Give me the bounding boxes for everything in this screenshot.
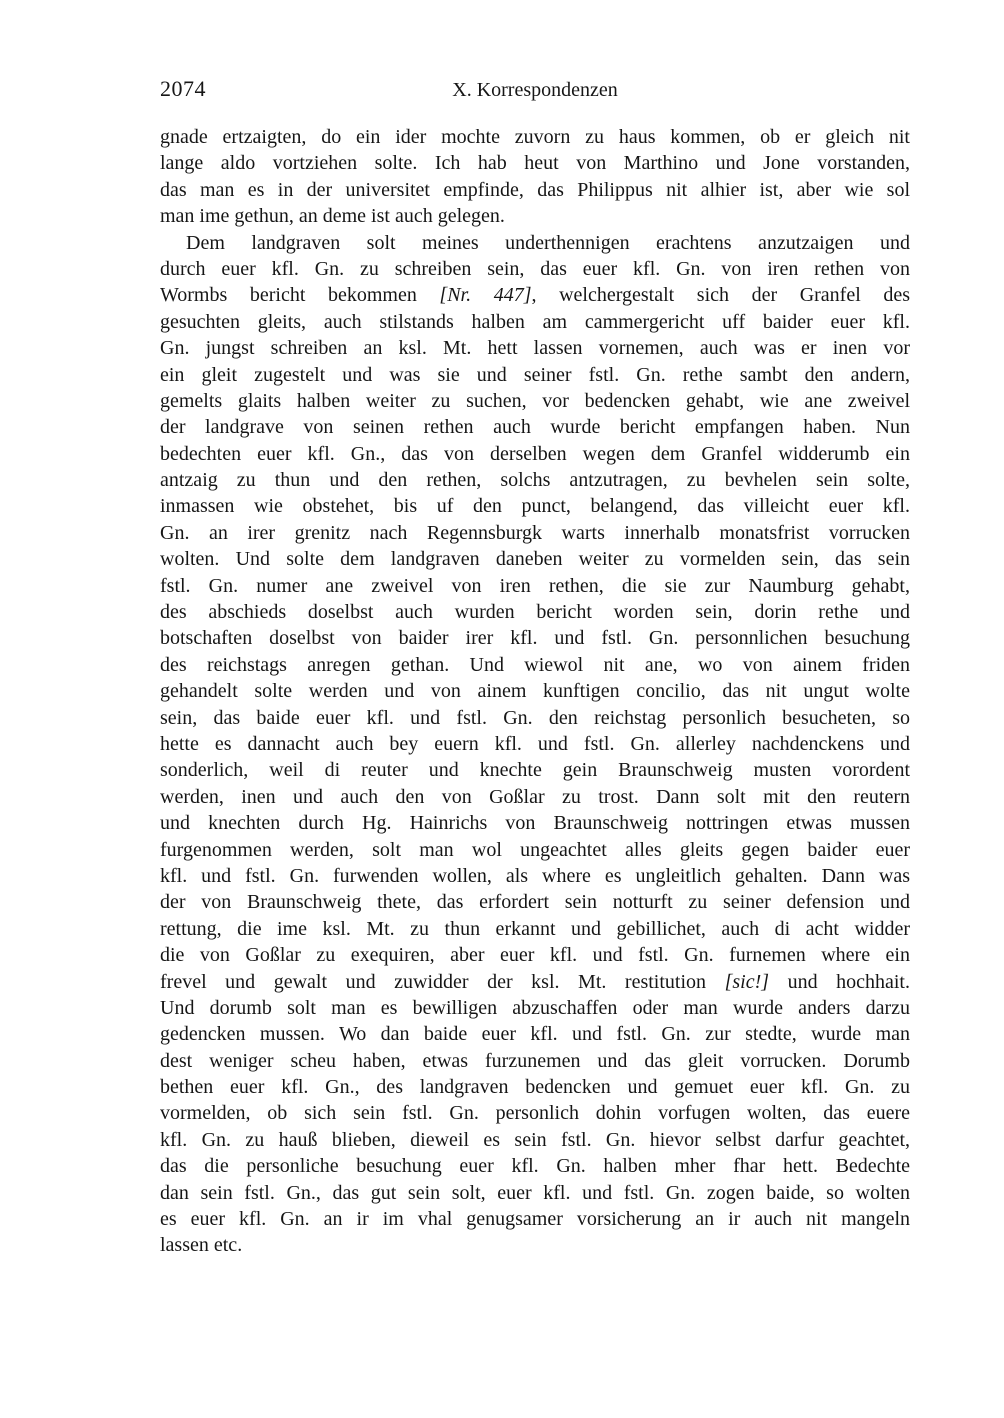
- text-segment: bethen euer kfl. Gn., des landgraven bed…: [160, 1076, 910, 1098]
- text-line-27: und knechten durch Hg. Hainrichs von Bra…: [160, 810, 910, 836]
- text-segment: gehandelt solte werden und von ainem kun…: [160, 680, 910, 702]
- text-segment: Gn. an irer grenitz nach Regennsburgk wa…: [160, 522, 910, 544]
- text-line-24: hette es dannacht auch bey euern kfl. un…: [160, 731, 910, 757]
- text-line-22: gehandelt solte werden und von ainem kun…: [160, 678, 910, 704]
- text-segment: vormelden, ob sich sein fstl. Gn. person…: [160, 1102, 910, 1124]
- text-line-38: vormelden, ob sich sein fstl. Gn. person…: [160, 1100, 910, 1126]
- text-segment: durch euer kfl. Gn. zu schreiben sein, d…: [160, 258, 910, 280]
- text-segment: rettung, die ime ksl. Mt. zu thun erkann…: [160, 918, 910, 940]
- text-line-2: lange aldo vortziehen solte. Ich hab heu…: [160, 150, 910, 176]
- text-segment: kfl. und fstl. Gn. furwenden wollen, als…: [160, 865, 910, 887]
- text-segment: sein, das baide euer kfl. und fstl. Gn. …: [160, 707, 910, 729]
- text-line-20: botschaften doselbst von baider irer kfl…: [160, 625, 910, 651]
- text-segment: Und dorumb solt man es bewilligen abzusc…: [160, 997, 910, 1019]
- text-line-14: antzaig zu thun und den rethen, solchs a…: [160, 467, 910, 493]
- text-line-42: es euer kfl. Gn. an ir im vhal genugsame…: [160, 1206, 910, 1232]
- text-segment: das man es in der universitet empfinde, …: [160, 179, 910, 201]
- text-segment: Wormbs bericht bekommen: [160, 284, 439, 306]
- text-segment: des abschieds doselbst auch wurden beric…: [160, 601, 910, 623]
- text-line-18: fstl. Gn. numer ane zweivel von iren ret…: [160, 573, 910, 599]
- text-segment: frevel und gewalt und zuwidder der ksl. …: [160, 971, 725, 993]
- text-line-28: furgenommen werden, solt man wol ungeach…: [160, 837, 910, 863]
- text-line-29: kfl. und fstl. Gn. furwenden wollen, als…: [160, 863, 910, 889]
- text-line-16: Gn. an irer grenitz nach Regennsburgk wa…: [160, 520, 910, 546]
- text-line-11: gemelts glaits halben weiter zu suchen, …: [160, 388, 910, 414]
- text-line-9: Gn. jungst schreiben an ksl. Mt. hett la…: [160, 335, 910, 361]
- text-segment: und hochhait.: [769, 971, 910, 993]
- text-line-13: bedechten euer kfl. Gn., das von derselb…: [160, 441, 910, 467]
- text-segment: gesuchten gleits, auch stilstands halben…: [160, 311, 910, 333]
- text-segment: gedencken mussen. Wo dan baide euer kfl.…: [160, 1023, 910, 1045]
- text-segment: werden, inen und auch den von Goßlar zu …: [160, 786, 910, 808]
- text-line-12: der landgrave von seinen rethen auch wur…: [160, 414, 910, 440]
- running-head: X. Korrespondenzen: [160, 78, 910, 102]
- text-segment: dan sein fstl. Gn., das gut sein solt, e…: [160, 1182, 910, 1204]
- text-line-34: Und dorumb solt man es bewilligen abzusc…: [160, 995, 910, 1021]
- text-segment: Gn. jungst schreiben an ksl. Mt. hett la…: [160, 337, 910, 359]
- text-segment: inmassen wie obstehet, bis uf den punct,…: [160, 495, 910, 517]
- text-line-32: die von Goßlar zu exequiren, aber euer k…: [160, 942, 910, 968]
- editorial-note: [sic!]: [725, 971, 769, 993]
- text-line-3: das man es in der universitet empfinde, …: [160, 177, 910, 203]
- text-segment: es euer kfl. Gn. an ir im vhal genugsame…: [160, 1208, 910, 1230]
- text-line-10: ein gleit zugestelt und was sie und sein…: [160, 362, 910, 388]
- text-line-4: man ime gethun, an deme ist auch gelegen…: [160, 203, 910, 229]
- text-line-25: sonderlich, weil di reuter und knechte g…: [160, 757, 910, 783]
- text-line-8: gesuchten gleits, auch stilstands halben…: [160, 309, 910, 335]
- text-segment: lassen etc.: [160, 1234, 242, 1256]
- text-line-17: wolten. Und solte dem landgraven daneben…: [160, 546, 910, 572]
- text-segment: , welchergestalt sich der Granfel des: [531, 284, 910, 306]
- text-line-37: bethen euer kfl. Gn., des landgraven bed…: [160, 1074, 910, 1100]
- text-line-39: kfl. Gn. zu hauß blieben, dieweil es sei…: [160, 1127, 910, 1153]
- page-body: gnade ertzaigten, do ein ider mochte zuv…: [160, 124, 910, 1259]
- text-segment: botschaften doselbst von baider irer kfl…: [160, 627, 910, 649]
- text-segment: wolten. Und solte dem landgraven daneben…: [160, 548, 910, 570]
- text-line-41: dan sein fstl. Gn., das gut sein solt, e…: [160, 1180, 910, 1206]
- text-line-5: Dem landgraven solt meines underthennige…: [160, 230, 910, 256]
- text-segment: kfl. Gn. zu hauß blieben, dieweil es sei…: [160, 1129, 910, 1151]
- text-segment: bedechten euer kfl. Gn., das von derselb…: [160, 443, 910, 465]
- text-line-33: frevel und gewalt und zuwidder der ksl. …: [160, 969, 910, 995]
- book-page: 2074 X. Korrespondenzen gnade ertzaigten…: [0, 0, 1004, 1418]
- editorial-note: [Nr. 447]: [439, 284, 531, 306]
- text-line-35: gedencken mussen. Wo dan baide euer kfl.…: [160, 1021, 910, 1047]
- text-segment: gemelts glaits halben weiter zu suchen, …: [160, 390, 910, 412]
- text-segment: sonderlich, weil di reuter und knechte g…: [160, 759, 910, 781]
- text-segment: Dem landgraven solt meines underthennige…: [186, 232, 910, 254]
- text-line-43: lassen etc.: [160, 1232, 910, 1258]
- text-segment: furgenommen werden, solt man wol ungeach…: [160, 839, 910, 861]
- text-segment: antzaig zu thun und den rethen, solchs a…: [160, 469, 910, 491]
- text-line-19: des abschieds doselbst auch wurden beric…: [160, 599, 910, 625]
- text-line-31: rettung, die ime ksl. Mt. zu thun erkann…: [160, 916, 910, 942]
- text-segment: man ime gethun, an deme ist auch gelegen…: [160, 205, 505, 227]
- text-line-6: durch euer kfl. Gn. zu schreiben sein, d…: [160, 256, 910, 282]
- text-line-23: sein, das baide euer kfl. und fstl. Gn. …: [160, 705, 910, 731]
- text-line-40: das die personliche besuchung euer kfl. …: [160, 1153, 910, 1179]
- text-line-21: des reichstags anregen gethan. Und wiewo…: [160, 652, 910, 678]
- text-line-30: der von Braunschweig thete, das erforder…: [160, 889, 910, 915]
- text-segment: die von Goßlar zu exequiren, aber euer k…: [160, 944, 910, 966]
- text-segment: ein gleit zugestelt und was sie und sein…: [160, 364, 910, 386]
- text-segment: fstl. Gn. numer ane zweivel von iren ret…: [160, 575, 910, 597]
- text-line-36: dest weniger scheu haben, etwas furzunem…: [160, 1048, 910, 1074]
- text-segment: und knechten durch Hg. Hainrichs von Bra…: [160, 812, 910, 834]
- text-line-1: gnade ertzaigten, do ein ider mochte zuv…: [160, 124, 910, 150]
- text-segment: der landgrave von seinen rethen auch wur…: [160, 416, 910, 438]
- text-segment: der von Braunschweig thete, das erforder…: [160, 891, 910, 913]
- text-segment: hette es dannacht auch bey euern kfl. un…: [160, 733, 910, 755]
- text-segment: gnade ertzaigten, do ein ider mochte zuv…: [160, 126, 910, 148]
- text-segment: das die personliche besuchung euer kfl. …: [160, 1155, 910, 1177]
- text-line-7: Wormbs bericht bekommen [Nr. 447], welch…: [160, 282, 910, 308]
- text-line-26: werden, inen und auch den von Goßlar zu …: [160, 784, 910, 810]
- text-line-15: inmassen wie obstehet, bis uf den punct,…: [160, 493, 910, 519]
- text-segment: dest weniger scheu haben, etwas furzunem…: [160, 1050, 910, 1072]
- text-segment: lange aldo vortziehen solte. Ich hab heu…: [160, 152, 910, 174]
- text-segment: des reichstags anregen gethan. Und wiewo…: [160, 654, 910, 676]
- page-header: 2074 X. Korrespondenzen: [160, 76, 910, 104]
